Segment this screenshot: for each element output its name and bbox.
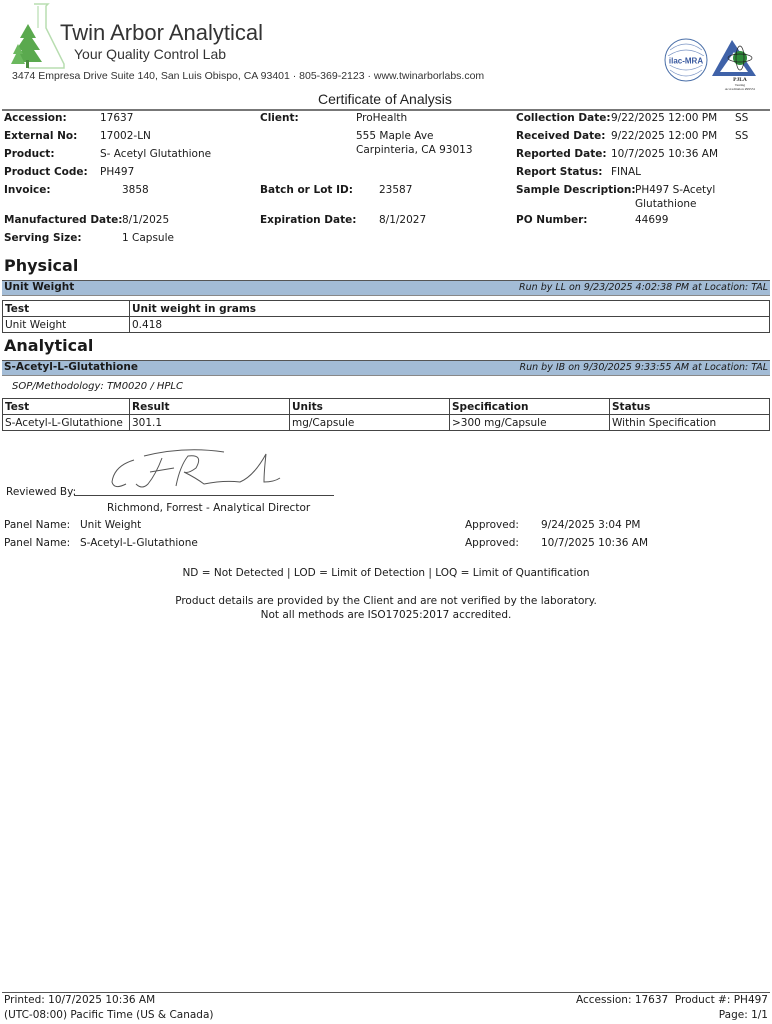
table-cell: Unit Weight (3, 317, 130, 333)
received-date-value: 9/22/2025 12:00 PM (611, 130, 717, 142)
collection-date-label: Collection Date: (516, 112, 611, 124)
svg-text:ilac-MRA: ilac-MRA (669, 57, 703, 66)
reported-date-label: Reported Date: (516, 148, 607, 160)
table-cell: Within Specification (610, 415, 770, 431)
table-cell: >300 mg/Capsule (450, 415, 610, 431)
invoice-label: Invoice: (4, 184, 51, 196)
sample-description-label: Sample Description: (516, 184, 636, 196)
printed-timestamp: Printed: 10/7/2025 10:36 AM (4, 994, 155, 1006)
table-cell: 301.1 (130, 415, 290, 431)
external-no-value: 17002-LN (100, 130, 151, 142)
product-code-label: Product Code: (4, 166, 88, 178)
header-rule (2, 109, 770, 111)
client-name: ProHealth (356, 112, 407, 124)
column-header: Status (610, 399, 770, 415)
section-title-analytical: Analytical (4, 336, 93, 355)
column-header: Result (130, 399, 290, 415)
methodology: SOP/Methodology: TM0020 / HPLC (12, 381, 183, 392)
manufactured-date-value: 8/1/2025 (122, 214, 169, 226)
accession-label: Accession: (4, 112, 67, 124)
client-label: Client: (260, 112, 299, 124)
section-title-physical: Physical (4, 256, 78, 275)
run-info: Run by LL on 9/23/2025 4:02:38 PM at Loc… (519, 282, 768, 293)
reviewer-name-title: Richmond, Forrest - Analytical Director (107, 502, 310, 514)
table-row: S-Acetyl-L-Glutathione301.1mg/Capsule>30… (3, 415, 770, 431)
disclaimer-line2: Not all methods are ISO17025:2017 accred… (0, 609, 772, 621)
lab-address: 3474 Empresa Drive Suite 140, San Luis O… (12, 70, 484, 82)
invoice-value: 3858 (122, 184, 149, 196)
approved-value: 10/7/2025 10:36 AM (541, 537, 648, 549)
analytical-results-table: TestResultUnitsSpecificationStatus S-Ace… (2, 398, 770, 431)
lab-name: Twin Arbor Analytical (60, 20, 263, 46)
expiration-date-value: 8/1/2027 (379, 214, 426, 226)
received-date-label: Received Date: (516, 130, 605, 142)
approved-label: Approved: (465, 537, 519, 549)
column-header: Test (3, 301, 130, 317)
expiration-date-label: Expiration Date: (260, 214, 356, 226)
accreditation-logos: ilac-MRA PJLA Testing Accreditation #995… (664, 34, 770, 90)
run-info: Run by IB on 9/30/2025 9:33:55 AM at Loc… (520, 362, 768, 373)
client-address-line2: Carpinteria, CA 93013 (356, 144, 473, 156)
batch-value: 23587 (379, 184, 412, 196)
reported-date-value: 10/7/2025 10:36 AM (611, 148, 718, 160)
po-number-value: 44699 (635, 214, 668, 226)
abbreviation-legend: ND = Not Detected | LOD = Limit of Detec… (0, 567, 772, 579)
panel-name: Unit Weight (4, 281, 74, 293)
panel-name-value: S-Acetyl-L-Glutathione (80, 537, 198, 549)
column-header: Test (3, 399, 130, 415)
sample-description-line1: PH497 S-Acetyl (635, 184, 715, 196)
physical-results-table: TestUnit weight in grams Unit Weight0.41… (2, 300, 770, 333)
panel-header-s-acetyl-l-glutathione: S-Acetyl-L-Glutathione Run by IB on 9/30… (2, 360, 770, 376)
serving-size-value: 1 Capsule (122, 232, 174, 244)
reviewer-signature (104, 446, 284, 494)
product-code-value: PH497 (100, 166, 134, 178)
panel-name-label: Panel Name: (4, 519, 70, 531)
reviewed-by-label: Reviewed By: (6, 486, 76, 498)
sample-description-line2: Glutathione (635, 198, 697, 210)
report-status-label: Report Status: (516, 166, 602, 178)
footer-accession: Accession: 17637 (576, 994, 668, 1006)
report-status-value: FINAL (611, 166, 641, 178)
column-header: Units (290, 399, 450, 415)
collection-date-value: 9/22/2025 12:00 PM (611, 112, 717, 124)
pjla-testing-accreditation-icon: PJLA Testing Accreditation #99531 (712, 40, 756, 90)
serving-size-label: Serving Size: (4, 232, 82, 244)
po-number-label: PO Number: (516, 214, 588, 226)
column-header: Specification (450, 399, 610, 415)
flask-with-pine-trees-icon (8, 2, 66, 70)
manufactured-date-label: Manufactured Date: (4, 214, 122, 226)
table-cell: mg/Capsule (290, 415, 450, 431)
approved-value: 9/24/2025 3:04 PM (541, 519, 640, 531)
panel-header-unit-weight: Unit Weight Run by LL on 9/23/2025 4:02:… (2, 280, 770, 296)
footer-rule (2, 992, 770, 993)
table-row: Unit Weight0.418 (3, 317, 770, 333)
panel-name-value: Unit Weight (80, 519, 141, 531)
batch-label: Batch or Lot ID: (260, 184, 353, 196)
table-cell: S-Acetyl-L-Glutathione (3, 415, 130, 431)
ilac-mra-icon: ilac-MRA (665, 39, 707, 81)
footer-product: Product #: PH497 (675, 994, 768, 1006)
disclaimer-line1: Product details are provided by the Clie… (0, 595, 772, 607)
timezone: (UTC-08:00) Pacific Time (US & Canada) (4, 1009, 214, 1021)
collection-date-suffix: SS (735, 112, 748, 124)
document-title: Certificate of Analysis (318, 91, 452, 107)
accession-value: 17637 (100, 112, 133, 124)
received-date-suffix: SS (735, 130, 748, 142)
column-header: Unit weight in grams (130, 301, 770, 317)
external-no-label: External No: (4, 130, 77, 142)
panel-name-label: Panel Name: (4, 537, 70, 549)
page-number: Page: 1/1 (719, 1009, 768, 1021)
client-address-line1: 555 Maple Ave (356, 130, 434, 142)
panel-name: S-Acetyl-L-Glutathione (4, 361, 138, 373)
lab-tagline: Your Quality Control Lab (74, 46, 226, 62)
product-value: S- Acetyl Glutathione (100, 148, 211, 160)
approved-label: Approved: (465, 519, 519, 531)
signature-line (74, 495, 334, 496)
table-cell: 0.418 (130, 317, 770, 333)
product-label: Product: (4, 148, 55, 160)
svg-text:Accreditation #99531: Accreditation #99531 (725, 87, 756, 90)
